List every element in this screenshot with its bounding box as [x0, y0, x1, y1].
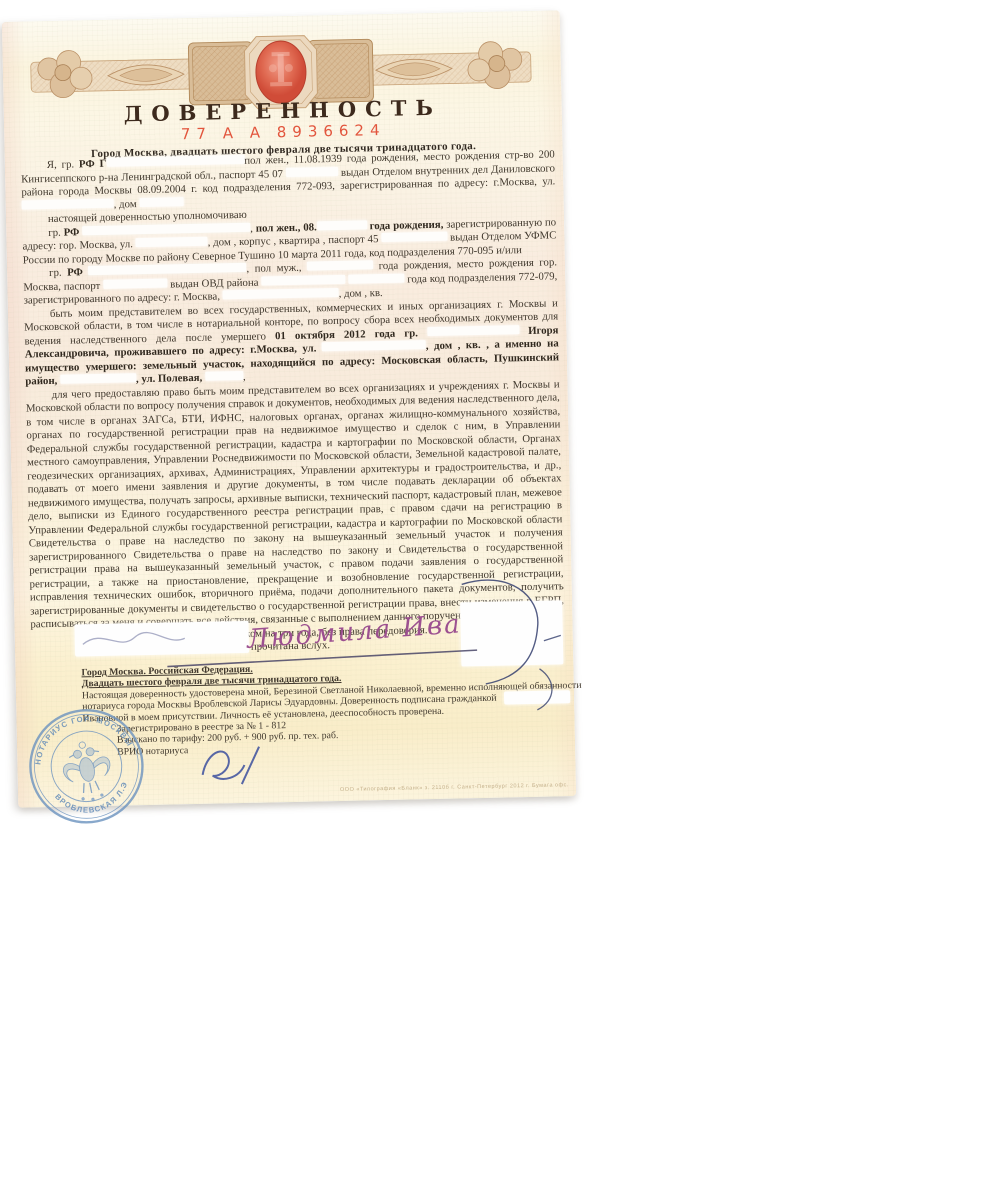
redaction-block: [103, 278, 167, 288]
redaction-block: [504, 690, 570, 704]
redaction-block: [136, 237, 208, 248]
text-segment: 01 октября 2012 года гр.: [275, 327, 427, 342]
text-segment: пол жен., 08.: [256, 221, 317, 234]
text-segment: РФ: [67, 266, 88, 278]
text-segment: гр.: [49, 267, 67, 279]
text-segment: для чего предоставляю право быть моим пр…: [26, 378, 564, 631]
paragraph-subject: быть моим представителем во всех государ…: [24, 297, 560, 389]
notary-round-stamp: НОТАРИУС ГОР. МОСКВЫ ВРОБЛЕВСКАЯ Л.Э: [0, 688, 176, 844]
redaction-block: [106, 155, 244, 167]
redaction-block: [88, 263, 246, 275]
text-segment: , пол муж.,: [246, 262, 307, 275]
text-segment: , дом: [114, 198, 140, 211]
redaction-block: [139, 197, 183, 207]
redaction-block: [223, 288, 339, 299]
text-segment: РФ Г: [79, 158, 107, 171]
text-segment: Я, гр.: [47, 158, 79, 171]
printing-house-credit: ООО «Типография «Бланк» з. 2110б г. Санк…: [340, 782, 569, 793]
redaction-block: [286, 166, 338, 176]
guilloche-block-left: [188, 42, 253, 105]
text-segment: года рождения,: [367, 218, 447, 232]
redaction-block: [322, 340, 426, 351]
scanned-document-page: ДОВЕРЕННОСТЬ 77 А А 8936624 Город Москва…: [2, 10, 576, 808]
redaction-block: [317, 220, 367, 230]
redaction-block: [427, 325, 519, 336]
redaction-block: [60, 373, 136, 384]
document-body: Я, гр. РФ Гпол жен., 11.08.1939 года рож…: [21, 148, 565, 659]
redaction-block: [205, 371, 243, 381]
redaction-block: [22, 198, 114, 209]
redaction-block: [348, 273, 404, 283]
redaction-block: [460, 600, 563, 666]
redaction-block: [381, 232, 447, 242]
text-segment: гр.: [48, 226, 64, 238]
paragraph-powers: для чего предоставляю право быть моим пр…: [26, 378, 565, 632]
redaction-block: [307, 260, 373, 270]
text-segment: выдан ОВД района: [167, 276, 261, 290]
text-segment: РФ: [64, 226, 83, 238]
guilloche-block-right: [308, 39, 373, 102]
text-segment: , ул. Полевая,: [136, 372, 205, 385]
text-segment: , дом , кв.: [339, 287, 383, 300]
text-segment: ,: [243, 371, 246, 383]
scan-canvas: { "document": { "title": "ДОВЕРЕННОСТЬ",…: [0, 0, 1000, 1199]
redaction-block: [74, 621, 249, 657]
redaction-block: [261, 274, 345, 285]
